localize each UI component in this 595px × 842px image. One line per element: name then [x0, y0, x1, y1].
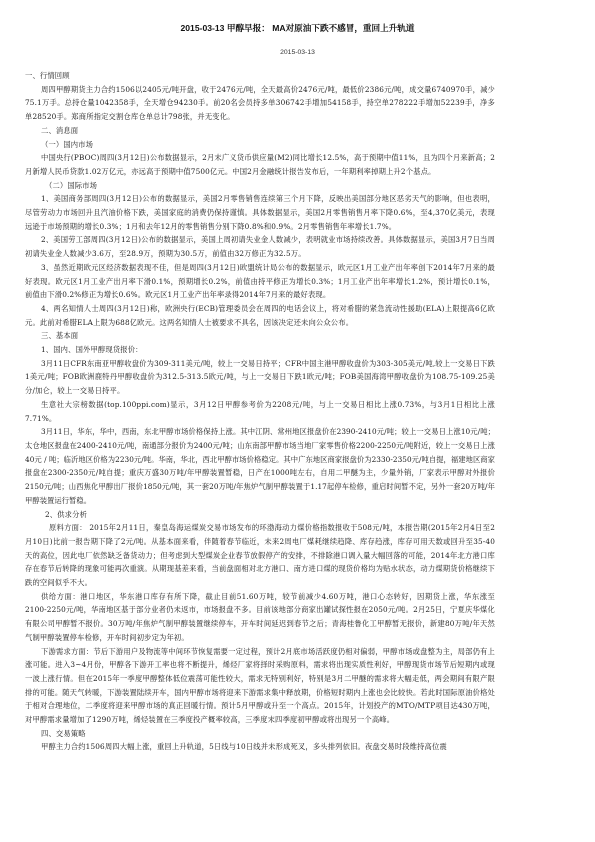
subheading-domestic-market: （一）国内市场	[25, 138, 495, 152]
subheading-international-market: （二）国际市场	[25, 179, 495, 193]
international-item-3: 3、虽然近期欧元区经济数据表现不佳，但是周四(3月12日)欧盟统计局公布的数据显…	[25, 261, 495, 302]
domestic-market-paragraph: 中国央行(PBOC)周四(3月12日)公布数据显示，2月末广义货币供应量(M2)…	[25, 151, 495, 178]
subheading-supply-demand: 2、供求分析	[25, 508, 495, 522]
section-heading-strategy: 四、交易策略	[25, 727, 495, 741]
spot-quotes-paragraph-1: 3月11日CFR东南亚甲醇收盘价为309-311美元/吨，较上一交易日持平；CF…	[25, 357, 495, 398]
section-heading-fundamentals: 三、基本面	[25, 329, 495, 343]
international-item-4: 4、两名知情人士周四(3月12日)称，欧洲央行(ECB)管理委员会在周四的电话会…	[25, 302, 495, 329]
supply-demand-supply: 供给方面：港口地区，华东港口库存有所下降，截止目前51.60万吨，较节前减少4.…	[25, 590, 495, 645]
document-date: 2015-03-13	[0, 49, 595, 56]
strategy-paragraph: 甲醇主力合约1506周四大幅上涨，重回上升轨道，5日线与10日线并未形成死叉，多…	[25, 740, 495, 754]
subheading-spot-quotes: 1、国内、国外甲醇现货报价：	[25, 343, 495, 357]
document-page: 2015-03-13 甲醇早报： MA对原油下跌不感冒，重回上升轨道 2015-…	[0, 0, 595, 842]
supply-demand-raw-materials: 原料方面： 2015年2月11日，秦皇岛海运煤炭交易市场发布的环渤海动力煤价格指…	[25, 521, 495, 590]
international-item-1: 1、美国商务部周四(3月12日)公布的数据显示，美国2月零售销售连续第三个月下降…	[25, 192, 495, 233]
market-review-paragraph: 周四甲醇期货主力合约1506以2405元/吨开盘，收于2476元/吨，全天最高价…	[25, 83, 495, 124]
supply-demand-downstream: 下游需求方面：节后下游用户及物流等中间环节恢复需要一定过程，预计2月底市场活跃度…	[25, 645, 495, 727]
section-heading-market-review: 一、行情回顾	[25, 69, 495, 83]
international-item-2: 2、美国劳工部周四(3月12日)公布的数据显示，美国上周初请失业金人数减少，表明…	[25, 233, 495, 260]
spot-quotes-paragraph-2: 生意社大宗榜数据(top.100ppi.com)显示，3月12日甲醇参考价为22…	[25, 398, 495, 425]
spot-quotes-paragraph-3: 3月11日，华东，华中，西南，东北甲醇市场价格保持上涨。其中江阴、常州地区报盘价…	[25, 425, 495, 507]
document-body: 一、行情回顾 周四甲醇期货主力合约1506以2405元/吨开盘，收于2476元/…	[25, 69, 495, 754]
document-title: 2015-03-13 甲醇早报： MA对原油下跌不感冒，重回上升轨道	[0, 22, 595, 34]
section-heading-news: 二、消息面	[25, 124, 495, 138]
